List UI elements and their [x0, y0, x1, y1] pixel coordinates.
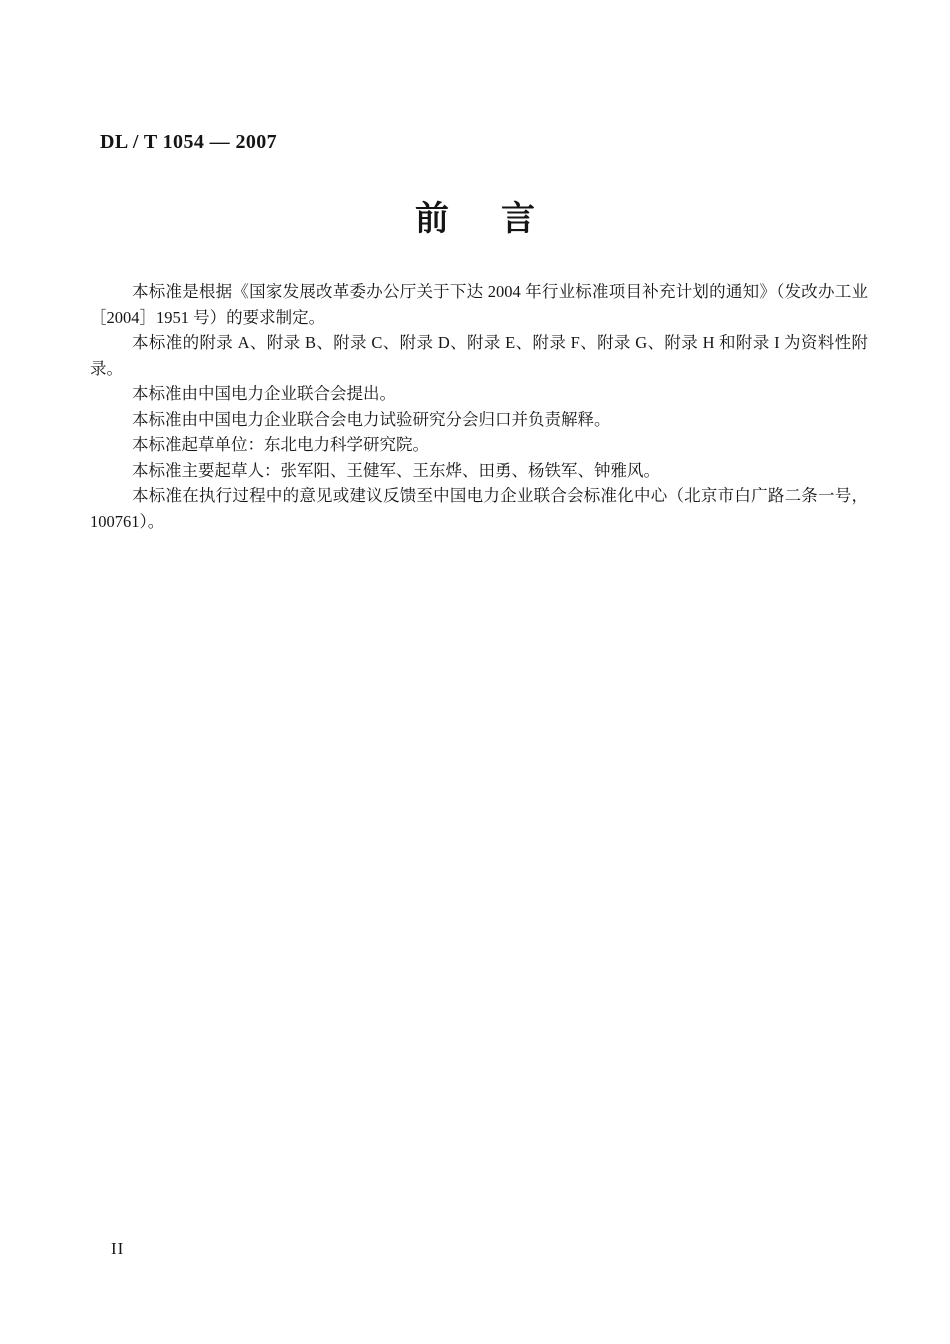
foreword-title: 前言 [0, 198, 950, 240]
foreword-body: 本标准是根据《国家发展改革委办公厅关于下达 2004 年行业标准项目补充计划的通… [90, 279, 868, 534]
foreword-title-char-1: 前 [415, 200, 449, 238]
paragraph-feedback-address: 本标准在执行过程中的意见或建议反馈至中国电力企业联合会标准化中心（北京市白广路二… [90, 483, 868, 534]
document-page: DL / T 1054 — 2007 前言 本标准是根据《国家发展改革委办公厅关… [0, 0, 950, 1344]
page-number: II [111, 1239, 124, 1259]
paragraph-drafting-organization: 本标准起草单位：东北电力科学研究院。 [90, 432, 868, 458]
paragraph-administered-by: 本标准由中国电力企业联合会电力试验研究分会归口并负责解释。 [90, 407, 868, 433]
paragraph-proposed-by: 本标准由中国电力企业联合会提出。 [90, 381, 868, 407]
paragraph-drafting-basis: 本标准是根据《国家发展改革委办公厅关于下达 2004 年行业标准项目补充计划的通… [90, 279, 868, 330]
paragraph-informative-annexes: 本标准的附录 A、附录 B、附录 C、附录 D、附录 E、附录 F、附录 G、附… [90, 330, 868, 381]
paragraph-chief-drafters: 本标准主要起草人：张军阳、王健军、王东烨、田勇、杨铁军、钟雅风。 [90, 458, 868, 484]
standard-number-header: DL / T 1054 — 2007 [100, 131, 277, 154]
foreword-title-char-2: 言 [501, 200, 535, 238]
